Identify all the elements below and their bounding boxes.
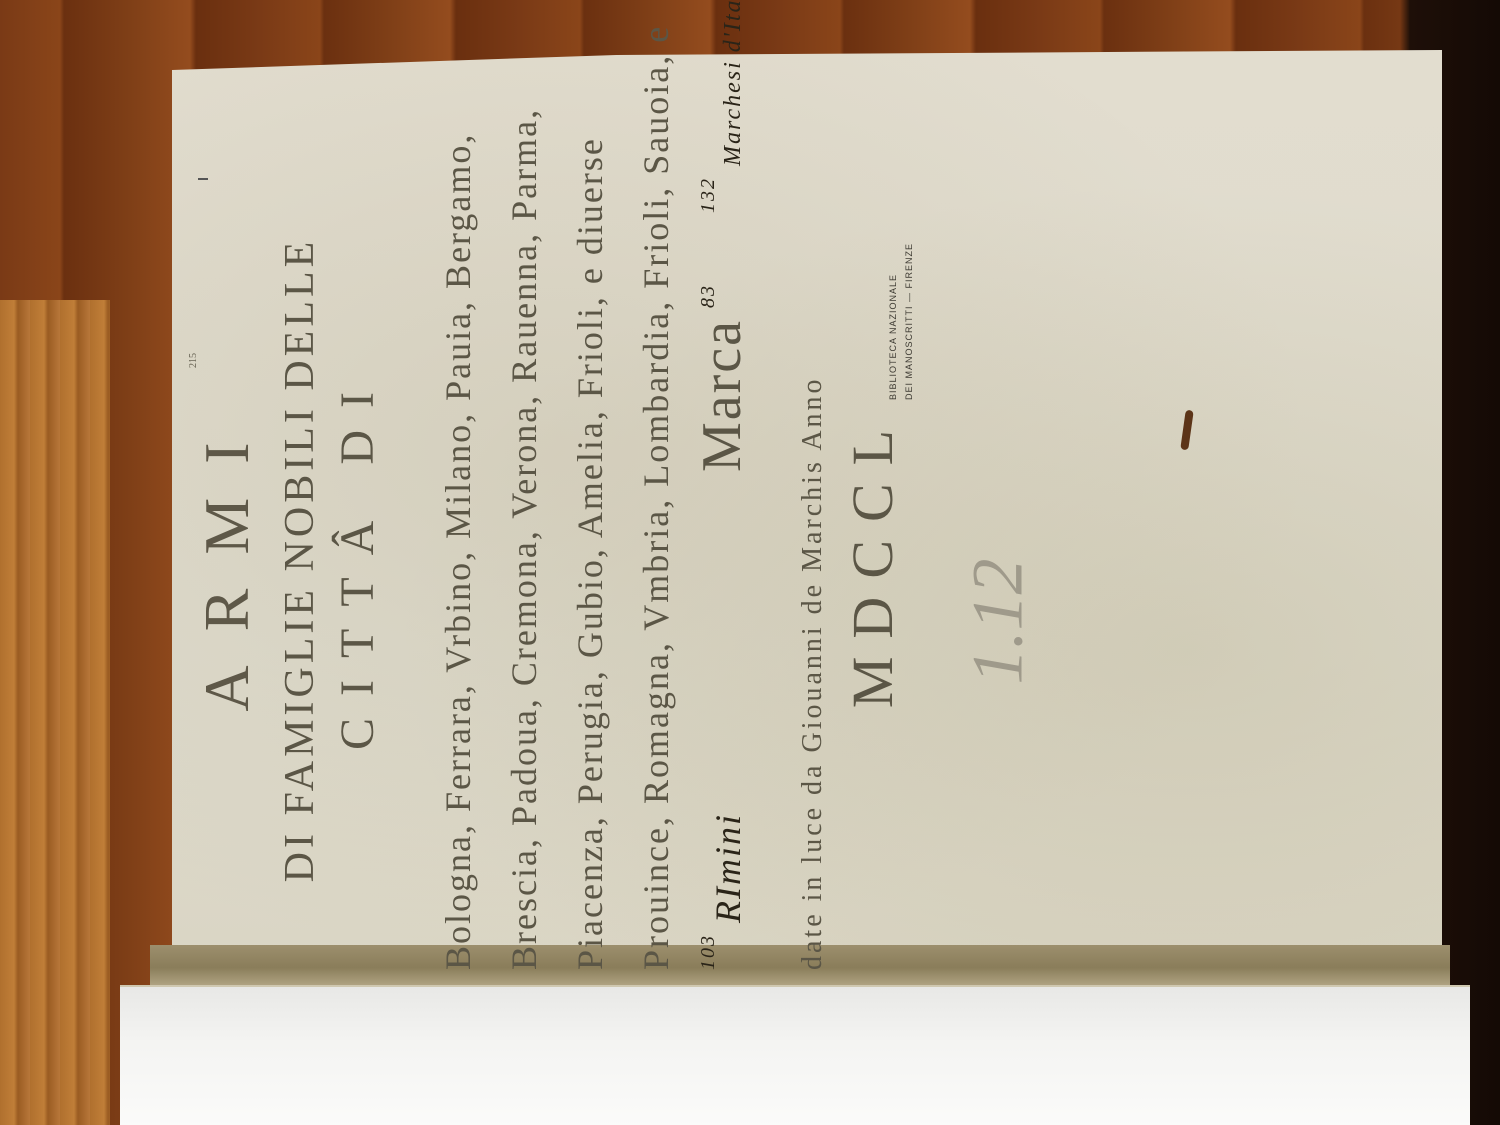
stamp-line: BIBLIOTECA NAZIONALE xyxy=(888,274,898,400)
stamp-line: DEI MANOSCRITTI — FIRENZE xyxy=(904,243,914,400)
city-list: Bologna, Ferrara, Vrbino, Milano, Pauia,… xyxy=(425,120,767,1000)
citta-heading: CITTÂ DI xyxy=(330,120,385,1000)
marca-text: Marca xyxy=(691,319,753,472)
subtitle: DI FAMIGLIE NOBILI DELLE xyxy=(276,120,324,1000)
annotation-number: 103 xyxy=(697,934,719,970)
annotation-number: 83 xyxy=(697,284,719,308)
city-line: Bologna, Ferrara, Vrbino, Milano, Pauia,… xyxy=(425,120,491,970)
annotation-number: 132 xyxy=(697,177,719,213)
rimini-text: RImini xyxy=(708,813,748,923)
rimini-line: 103 RImini Marca 83 132 Marchesi d'Itali… xyxy=(689,120,767,970)
pencil-note: 1.12 xyxy=(957,559,1040,685)
city-line: Piacenza, Perugia, Gubio, Amelia, Frioli… xyxy=(557,120,623,970)
title-block: ARMI DI FAMIGLIE NOBILI DELLE CITTÂ DI B… xyxy=(180,120,1300,1000)
city-line: Prouince, Romagna, Vmbria, Lombardia, Fr… xyxy=(623,120,689,970)
marchesi-annotation: Marchesi d'Italia xyxy=(720,0,746,166)
city-line: Brescia, Padoua, Cremona, Verona, Rauenn… xyxy=(491,120,557,970)
flyleaf xyxy=(120,985,1470,1125)
library-stamp: BIBLIOTECA NAZIONALE DEI MANOSCRITTI — F… xyxy=(880,190,940,410)
page-title: ARMI xyxy=(190,120,264,1000)
table-edge xyxy=(0,300,110,1125)
imprint: date in luce da Giouanni de Marchis Anno xyxy=(797,120,829,1000)
